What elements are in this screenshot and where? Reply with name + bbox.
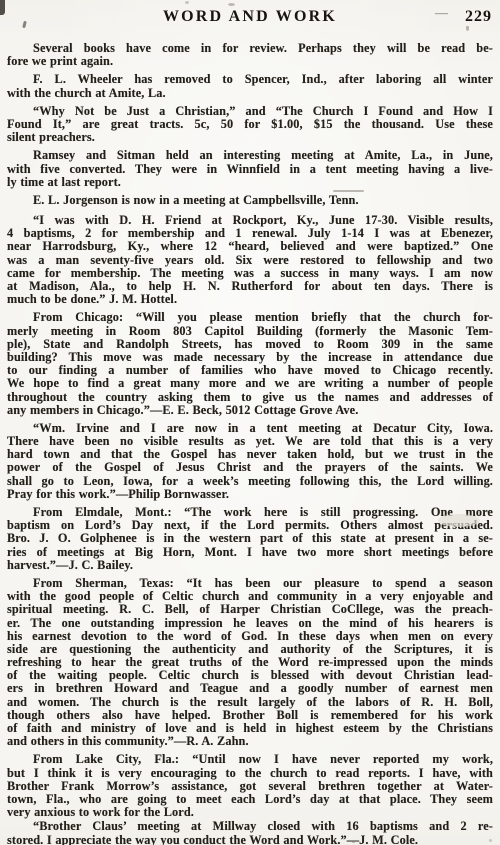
text-line: “Brother Claus’ meeting at Millway close… <box>7 820 493 833</box>
text-line: very anxious to work for the Lord. <box>7 806 493 819</box>
paragraph: “Wm. Irvine and I are now in a tent meet… <box>7 422 493 501</box>
scan-artifact-speck <box>185 1 189 4</box>
paragraph: “I was with D. H. Friend at Rockport, Ky… <box>7 214 493 306</box>
paragraph: F. L. Wheeler has removed to Spencer, In… <box>7 73 493 99</box>
paragraph: From Sherman, Texas: “It has been our pl… <box>7 577 493 748</box>
paragraph: From Chicago: “Will you please mention b… <box>7 311 493 417</box>
text-line: but I think it is very encouraging to th… <box>7 767 493 780</box>
text-line: his earnest devotion to the word of God.… <box>7 630 493 643</box>
text-line: From Lake City, Fla.: “Until now I have … <box>7 753 493 766</box>
text-line: Pray for this work.”—Philip Bornwasser. <box>7 488 493 501</box>
text-line: and others in this community.”—R. A. Zah… <box>7 735 493 748</box>
page-header: WORD AND WORK — 229 <box>0 8 500 30</box>
text-line: Brother Frank Morrow’s assistance, got s… <box>7 780 493 793</box>
text-line: Ramsey and Sitman held an interesting me… <box>7 149 493 162</box>
text-line: er. The one outstanding impression he le… <box>7 617 493 630</box>
text-line: harvest.”—J. C. Bailey. <box>7 559 493 572</box>
header-dash: — <box>435 5 448 21</box>
text-line: E. L. Jorgenson is now in a meeting at C… <box>7 194 493 207</box>
text-line: throughout the country asking them to gi… <box>7 391 493 404</box>
text-line: We hope to find a great many more and we… <box>7 377 493 390</box>
text-line: “Why Not be Just a Christian,” and “The … <box>7 105 493 118</box>
paragraph: “Why Not be Just a Christian,” and “The … <box>7 105 493 145</box>
text-line: F. L. Wheeler has removed to Spencer, In… <box>7 73 493 86</box>
text-line: much to be done.” J. M. Hottel. <box>7 293 493 306</box>
text-line: power of the Gospel of Jesus Christ and … <box>7 461 493 474</box>
text-line: and women. The church is the result larg… <box>7 696 493 709</box>
text-line: ple), State and Randolph Streets, has mo… <box>7 338 493 351</box>
scan-artifact-speck <box>228 3 235 6</box>
text-line: near Harrodsburg, Ky., where 12 “heard, … <box>7 240 493 253</box>
text-line: merly meeting in Room 803 Capitol Buildi… <box>7 325 493 338</box>
paragraph: From Lake City, Fla.: “Until now I have … <box>7 753 493 819</box>
text-line: spiritual meeting. R. C. Bell, of Harper… <box>7 603 493 616</box>
text-line: ers in brethren Howard and Teague and a … <box>7 682 493 695</box>
paragraph: “Brother Claus’ meeting at Millway close… <box>7 820 493 845</box>
text-line: any members in Chicago.”—E. E. Beck, 501… <box>7 404 493 417</box>
text-line: Bro. J. O. Golphenee is in the western p… <box>7 532 493 545</box>
text-line: with five converted. They were in Winnfi… <box>7 163 493 176</box>
page-title: WORD AND WORK <box>0 8 500 26</box>
text-line: From Chicago: “Will you please mention b… <box>7 311 493 324</box>
text-line: was a man seventy-five years old. Six we… <box>7 254 493 267</box>
page-number: 229 <box>465 8 492 26</box>
paragraph: From Elmdale, Mont.: “The work here is s… <box>7 506 493 572</box>
text-line: ries of meetings at Big Horn, Mont. I ha… <box>7 546 493 559</box>
text-line: fore we print again. <box>7 55 493 68</box>
text-line: with the church at Amite, La. <box>7 87 493 100</box>
text-line: silent preachers. <box>7 131 493 144</box>
paragraph: E. L. Jorgenson is now in a meeting at C… <box>7 194 493 207</box>
paragraph: Ramsey and Sitman held an interesting me… <box>7 149 493 189</box>
paragraph: Several books have come in for review. P… <box>7 42 493 68</box>
text-line: shall go to Leon, Iowa, for a week’s mee… <box>7 475 493 488</box>
scanned-document-page: WORD AND WORK — 229 Several books have c… <box>0 0 500 845</box>
page-body: Several books have come in for review. P… <box>7 42 493 845</box>
text-line: stored. I appreciate the way you conduct… <box>7 834 493 845</box>
text-line: ly time at last report. <box>7 176 493 189</box>
